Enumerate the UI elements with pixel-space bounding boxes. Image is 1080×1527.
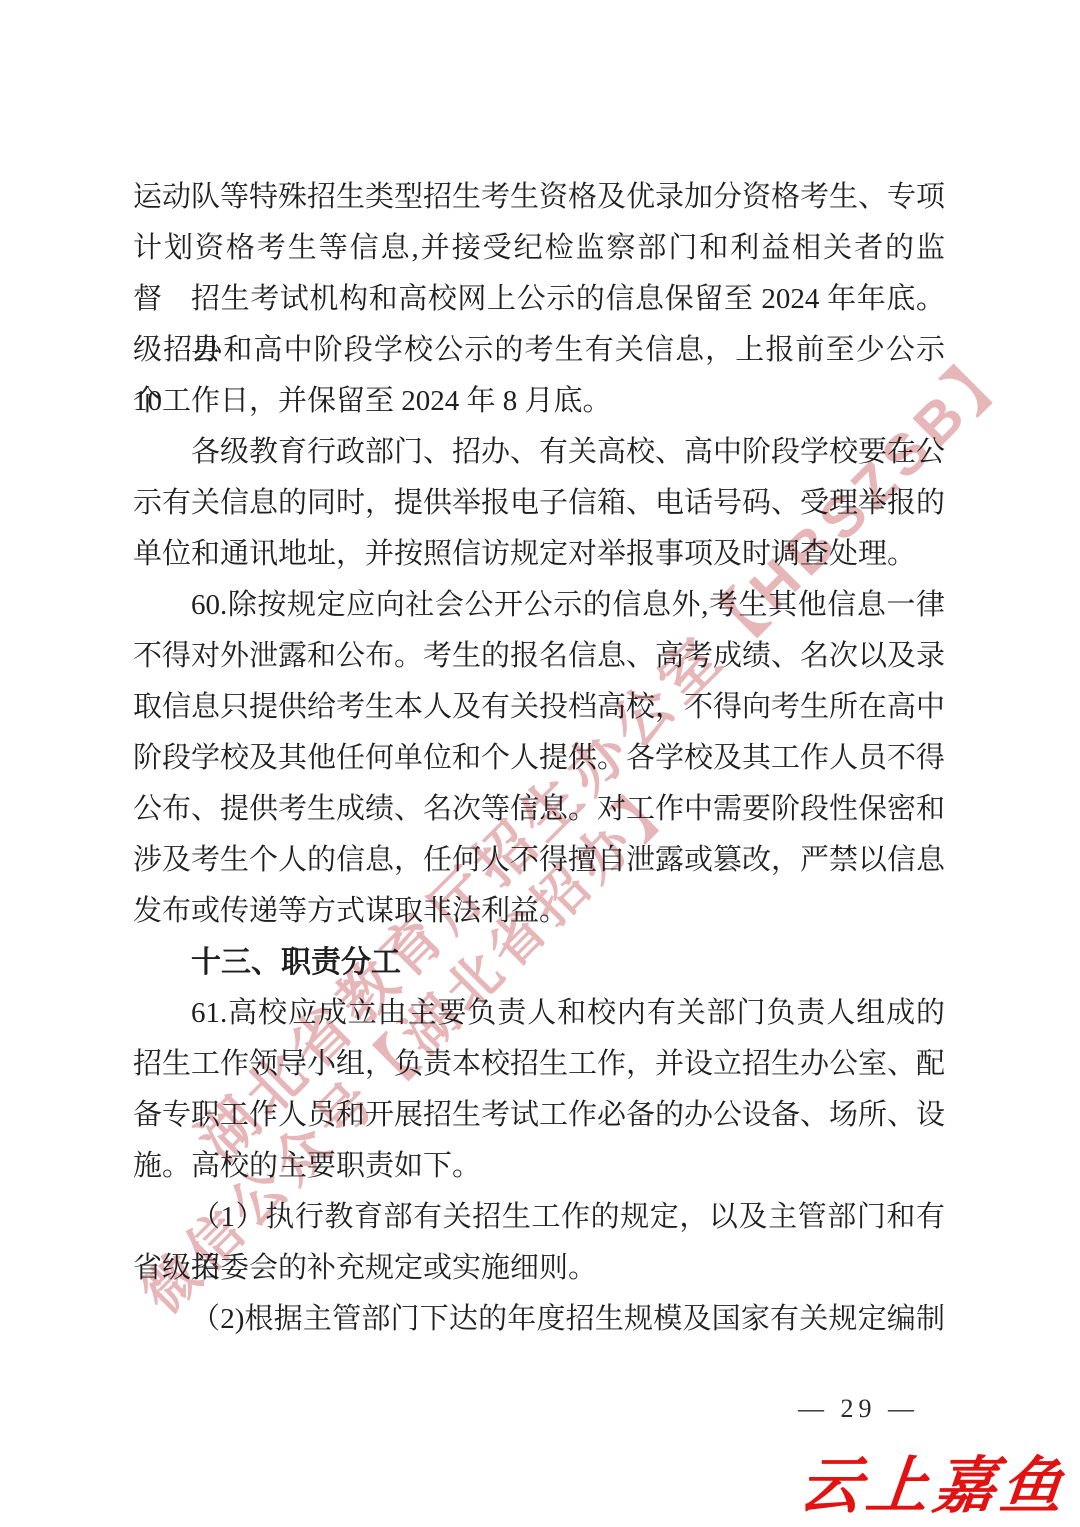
text-line: 招生考试机构和高校网上公示的信息保留至 2024 年年底。县 (133, 274, 945, 325)
document-body: 运动队等特殊招生类型招生考生资格及优录加分资格考生、专项计划资格考生等信息,并接… (133, 172, 945, 1345)
text-line: 示有关信息的同时，提供举报电子信箱、电话号码、受理举报的 (133, 478, 945, 529)
text-line: 不得对外泄露和公布。考生的报名信息、高考成绩、名次以及录 (133, 631, 945, 682)
text-line: 公布、提供考生成绩、名次等信息。对工作中需要阶段性保密和 (133, 784, 945, 835)
text-line: 级招办和高中阶段学校公示的考生有关信息，上报前至少公示 10 (133, 325, 945, 376)
text-line: 计划资格考生等信息,并接受纪检监察部门和利益相关者的监督。 (133, 223, 945, 274)
text-line: 单位和通讯地址，并按照信访规定对举报事项及时调查处理。 (133, 529, 945, 580)
site-logo: 云上嘉鱼 (795, 1436, 1072, 1525)
text-line: 60.除按规定应向社会公开公示的信息外,考生其他信息一律 (133, 580, 945, 631)
text-line: 备专职工作人员和开展招生考试工作必备的办公设备、场所、设 (133, 1090, 945, 1141)
section-heading: 十三、职责分工 (133, 937, 945, 988)
text-line: 个工作日，并保留至 2024 年 8 月底。 (133, 376, 945, 427)
text-line: 招生工作领导小组，负责本校招生工作，并设立招生办公室、配 (133, 1039, 945, 1090)
text-line: 阶段学校及其他任何单位和个人提供。各学校及其工作人员不得 (133, 733, 945, 784)
document-page: 湖北省教育厅招生办公室【HBSZSB】 微信公众号【湖北省招办】 运动队等特殊招… (0, 0, 1080, 1527)
text-line: 省级招委会的补充规定或实施细则。 (133, 1243, 945, 1294)
text-line: 施。高校的主要职责如下。 (133, 1141, 945, 1192)
page-number: — 29 — (798, 1394, 919, 1424)
text-line: （1）执行教育部有关招生工作的规定，以及主管部门和有关 (133, 1192, 945, 1243)
text-line: 发布或传递等方式谋取非法利益。 (133, 886, 945, 937)
text-line: 各级教育行政部门、招办、有关高校、高中阶段学校要在公 (133, 427, 945, 478)
text-line: 运动队等特殊招生类型招生考生资格及优录加分资格考生、专项 (133, 172, 945, 223)
text-line: 涉及考生个人的信息，任何人不得擅自泄露或篡改，严禁以信息 (133, 835, 945, 886)
text-line: 取信息只提供给考生本人及有关投档高校，不得向考生所在高中 (133, 682, 945, 733)
text-line: 61.高校应成立由主要负责人和校内有关部门负责人组成的 (133, 988, 945, 1039)
text-line: （2)根据主管部门下达的年度招生规模及国家有关规定编制 (133, 1294, 945, 1345)
